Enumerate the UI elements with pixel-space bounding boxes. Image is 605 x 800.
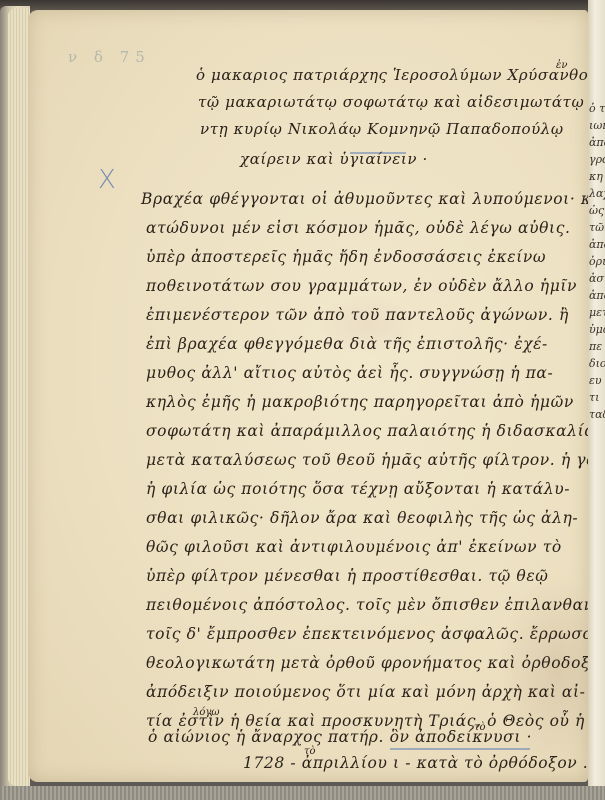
facing-fragment: διο — [589, 355, 605, 372]
facing-fragment: ταδ — [589, 406, 605, 423]
body-line: σθαι φιλικῶς· δῆλον ἄρα καὶ θεοφιλὴς τῆς… — [146, 509, 578, 527]
facing-fragment: ἀπὸ — [589, 134, 605, 151]
blue-pencil-underline — [390, 748, 530, 750]
body-line: ἐπὶ βραχέα φθεγγόμεθα διὰ τῆς ἐπιστολῆς·… — [146, 335, 548, 353]
body-line: ἐπιμενέστερον τῶν ἀπὸ τοῦ παντελοῦς ἀγών… — [146, 306, 569, 324]
facing-fragment: ὁρι — [589, 253, 605, 270]
facing-fragment: ἀπὸ — [589, 236, 605, 253]
salutation-line-3: ντῃ κυρίῳ Νικολάῳ Κομνηνῷ Παπαδοπούλῳ — [200, 120, 564, 138]
facing-fragment: πε — [589, 338, 605, 355]
salutation-line-1: ὁ μακαριος πατριάρχης Ἱεροσολύμων Χρύσαν… — [196, 66, 597, 84]
body-line: θῶς φιλοῦσι καὶ ἀντιφιλουμένοις ἀπ' ἐκεί… — [146, 538, 562, 556]
body-line: ὑπὲρ ἀποστερεῖς ἡμᾶς ἤδη ἐνδοσσάσεις ἐκε… — [146, 248, 546, 266]
binding-cloth — [0, 786, 605, 800]
manuscript-page: ν δ 75 X ὁ μακαριος πατριάρχης Ἱεροσολύμ… — [28, 10, 588, 782]
facing-fragment: γραφ — [589, 151, 605, 168]
blue-cross-mark: X — [98, 165, 116, 195]
body-line: κηλὸς ἐμῆς ἡ μακροβιότης παρηγορεῖται ἀπ… — [146, 393, 574, 411]
facing-fragment: ὑμῶ — [589, 321, 605, 338]
facing-fragment: τι — [589, 389, 605, 406]
body-line: ὑπὲρ φίλτρον μένεσθαι ἡ προστίθεσθαι. τῷ… — [146, 567, 548, 585]
body-superscript: τὸ — [474, 722, 486, 733]
body-line: μυθος ἀλλ' αἴτιος αὐτὸς ἀεὶ ἦς. συγγνώσῃ… — [146, 364, 553, 382]
body-line: Βραχέα φθέγγονται οἱ ἀθυμοῦντες καὶ λυπο… — [141, 190, 598, 208]
facing-fragment: ευ — [589, 372, 605, 389]
facing-page-edge: ὁ τὸν ιων ἀπὸ γραφ κη λαχ ὡς τῶν ἀπὸ ὁρι… — [588, 0, 605, 800]
closing-superscript: τὸ — [304, 746, 316, 757]
page-stack-edges — [8, 8, 30, 786]
body-line: ποθεινοτάτων σου γραμμάτων, ἐν οὐδὲν ἄλλ… — [146, 277, 577, 295]
facing-fragment: μετ — [589, 304, 605, 321]
salutation-superscript: ἐν — [556, 60, 567, 71]
facing-fragment: ἀπο — [589, 287, 605, 304]
body-superscript: λόγω — [193, 707, 220, 718]
body-line: ἀπόδειξιν ποιούμενος ὅτι μία καὶ μόνη ἀρ… — [146, 683, 586, 701]
body-line: πειθομένοις ἀπόστολος. τοῖς μὲν ὄπισθεν … — [146, 596, 605, 614]
facing-fragment: κη — [589, 168, 605, 185]
facing-fragment: ὁ τὸν — [589, 100, 605, 117]
salutation-line-2: τῷ μακαριωτάτῳ σοφωτάτῳ καὶ αἰδεσιμωτάτῳ… — [198, 93, 605, 111]
facing-fragment: λαχ — [589, 185, 605, 202]
facing-fragment: ἀσι — [589, 270, 605, 287]
closing-date-text: - ἀπριλλίου ι - κατὰ τὸ ὀρθόδοξον . — [290, 754, 588, 772]
closing-date-line: 1728 - ἀπριλλίου ι - κατὰ τὸ ὀρθόδοξον . — [243, 754, 588, 772]
salutation-line-4: χαίρειν καὶ ὑγιαίνειν · — [240, 150, 428, 168]
body-line: τοῖς δ' ἔμπροσθεν ἐπεκτεινόμενος ἀσφαλῶς… — [146, 625, 592, 643]
faint-folio-mark: ν δ 75 — [68, 48, 151, 66]
body-line: σοφωτάτη καὶ ἀπαράμιλλος παλαιότης ἡ διδ… — [146, 422, 601, 440]
body-line: θεολογικωτάτη μετὰ ὀρθοῦ φρονήματος καὶ … — [146, 654, 605, 672]
facing-fragment: ιων — [589, 117, 605, 134]
facing-fragment: τῶν — [589, 219, 605, 236]
body-line: ατώδυνοι μέν εἰσι κόσμον ἡμᾶς, οὐδὲ λέγω… — [146, 219, 571, 237]
body-line: μετὰ καταλύσεως τοῦ θεοῦ ἡμᾶς αὐτῆς φίλτ… — [146, 451, 605, 469]
facing-fragment: ὡς — [589, 202, 605, 219]
book-top-edge — [0, 0, 605, 10]
closing-year: 1728 — [243, 754, 285, 772]
body-line: ἡ φιλία ὡς ποιότης ὅσα τέχνῃ αὔξονται ἡ … — [146, 480, 570, 498]
